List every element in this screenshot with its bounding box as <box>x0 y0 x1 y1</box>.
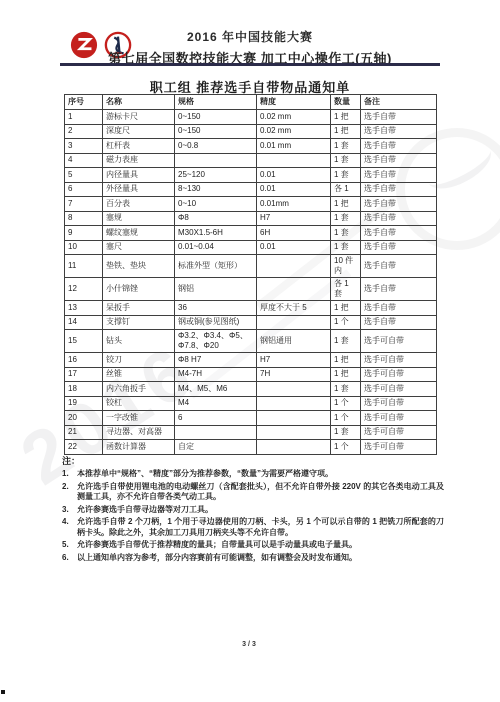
cell-qty: 1 套 <box>331 330 361 353</box>
cell-no: 13 <box>65 301 103 316</box>
cell-name: 函数计算器 <box>103 440 175 455</box>
cell-no: 4 <box>65 153 103 168</box>
cell-precision <box>257 425 331 440</box>
cell-no: 21 <box>65 425 103 440</box>
table-row: 22函数计算器自定1 个选手可自带 <box>65 440 437 455</box>
cell-qty: 1 个 <box>331 315 361 330</box>
table-row: 17丝锥M4-7H7H1 把选手可自带 <box>65 367 437 382</box>
note-text: 本推荐单中“规格”、“精度”部分为推荐参数，“数量”为需要严格遵守项。 <box>77 469 444 480</box>
cell-note: 选手可自带 <box>361 396 437 411</box>
cell-no: 8 <box>65 211 103 226</box>
cell-spec: M30X1.5-6H <box>175 226 257 241</box>
cell-precision <box>257 153 331 168</box>
cell-precision: 钢铝通用 <box>257 330 331 353</box>
table-row: 8塞规Φ8H71 套选手自带 <box>65 211 437 226</box>
note-item: 3.允许参赛选手自带寻边器等对刀工具。 <box>62 505 444 516</box>
notes-section: 注： 1.本推荐单中“规格”、“精度”部分为推荐参数，“数量”为需要严格遵守项。… <box>62 454 444 565</box>
note-item: 2.允许选手自带使用锂电池的电动螺丝刀（含配套批头），但不允许自带外接 220V… <box>62 482 444 503</box>
note-text: 以上通知单内容为参考，部分内容赛前有可能调整，如有调整会及时发布通知。 <box>77 553 444 564</box>
cell-no: 12 <box>65 278 103 301</box>
cell-name: 钻头 <box>103 330 175 353</box>
cell-spec: 0~0.8 <box>175 139 257 154</box>
cell-precision <box>257 255 331 278</box>
document-page: 2016 2016 年中国技能大赛 第七届全国数控技能大赛 加工中心操作工(五轴… <box>0 0 500 702</box>
note-item: 5.允许参赛选手自带优于推荐精度的量具；自带量具可以是手动量具或电子量具。 <box>62 540 444 551</box>
cell-note: 选手可自带 <box>361 382 437 397</box>
page-number: 3/3 <box>0 641 500 648</box>
table-row: 19铰杠M41 个选手可自带 <box>65 396 437 411</box>
cell-no: 15 <box>65 330 103 353</box>
cell-precision: 0.01 <box>257 168 331 183</box>
cell-spec: 8~130 <box>175 182 257 197</box>
table-row: 4磁力表座1 套选手自带 <box>65 153 437 168</box>
note-number: 6. <box>62 553 77 564</box>
table-row: 6外径量具8~1300.01各 1选手自带 <box>65 182 437 197</box>
cell-note: 选手可自带 <box>361 440 437 455</box>
cell-spec: 36 <box>175 301 257 316</box>
table-row: 12小什锦锉钢铝各 1 套选手自带 <box>65 278 437 301</box>
cell-note: 选手自带 <box>361 124 437 139</box>
cell-note: 选手自带 <box>361 110 437 125</box>
cell-note: 选手自带 <box>361 197 437 212</box>
cell-note: 选手自带 <box>361 315 437 330</box>
cell-no: 19 <box>65 396 103 411</box>
cell-name: 内径量具 <box>103 168 175 183</box>
cell-name: 寻边器、对高器 <box>103 425 175 440</box>
table-row: 16铰刀Φ8 H7H71 把选手可自带 <box>65 353 437 368</box>
cell-name: 呆扳手 <box>103 301 175 316</box>
cell-name: 丝锥 <box>103 367 175 382</box>
table-row: 18内六角扳手M4、M5、M61 套选手可自带 <box>65 382 437 397</box>
note-number: 1. <box>62 469 77 480</box>
cell-spec: 0.01~0.04 <box>175 240 257 255</box>
cell-no: 16 <box>65 353 103 368</box>
cell-name: 铰杠 <box>103 396 175 411</box>
cell-note: 选手自带 <box>361 226 437 241</box>
table-row: 9螺纹塞规M30X1.5-6H6H1 套选手自带 <box>65 226 437 241</box>
items-table: 序号名称规格精度数量备注 1游标卡尺0~1500.02 mm1 把选手自带2深度… <box>64 94 437 455</box>
cell-name: 螺纹塞规 <box>103 226 175 241</box>
notes-list: 1.本推荐单中“规格”、“精度”部分为推荐参数，“数量”为需要严格遵守项。2.允… <box>62 469 444 563</box>
cell-name: 内六角扳手 <box>103 382 175 397</box>
items-table-body: 1游标卡尺0~1500.02 mm1 把选手自带2深度尺0~1500.02 mm… <box>65 110 437 455</box>
cell-note: 选手自带 <box>361 139 437 154</box>
table-row: 11垫铁、垫块标准外型（矩形）10 件内选手自带 <box>65 255 437 278</box>
note-number: 5. <box>62 540 77 551</box>
cell-spec: Φ8 <box>175 211 257 226</box>
table-row: 5内径量具25~1200.011 套选手自带 <box>65 168 437 183</box>
cell-qty: 1 套 <box>331 211 361 226</box>
cell-spec: M4、M5、M6 <box>175 382 257 397</box>
cell-name: 百分表 <box>103 197 175 212</box>
cell-name: 一字改锥 <box>103 411 175 426</box>
note-number: 3. <box>62 505 77 516</box>
cell-note: 选手自带 <box>361 182 437 197</box>
cell-precision: 0.02 mm <box>257 110 331 125</box>
cell-note: 选手自带 <box>361 301 437 316</box>
cell-note: 选手可自带 <box>361 411 437 426</box>
cell-no: 17 <box>65 367 103 382</box>
cell-precision: 0.01 <box>257 182 331 197</box>
cell-precision <box>257 315 331 330</box>
cell-name: 磁力表座 <box>103 153 175 168</box>
column-header: 规格 <box>175 95 257 110</box>
cell-note: 选手可自带 <box>361 330 437 353</box>
table-row: 15钻头Φ3.2、Φ3.4、Φ5、Φ7.8、Φ20钢铝通用1 套选手可自带 <box>65 330 437 353</box>
cell-spec: Φ8 H7 <box>175 353 257 368</box>
column-header: 序号 <box>65 95 103 110</box>
cell-qty: 1 套 <box>331 425 361 440</box>
cell-no: 18 <box>65 382 103 397</box>
cell-name: 塞规 <box>103 211 175 226</box>
cell-no: 9 <box>65 226 103 241</box>
cell-qty: 1 套 <box>331 168 361 183</box>
cell-name: 外径量具 <box>103 182 175 197</box>
cell-precision: 0.02 mm <box>257 124 331 139</box>
cell-spec <box>175 425 257 440</box>
cell-no: 3 <box>65 139 103 154</box>
cell-precision <box>257 396 331 411</box>
note-text: 允许选手自带使用锂电池的电动螺丝刀（含配套批头），但不允许自带外接 220V 的… <box>77 482 444 503</box>
note-text: 允许参赛选手自带优于推荐精度的量具；自带量具可以是手动量具或电子量具。 <box>77 540 444 551</box>
column-header: 数量 <box>331 95 361 110</box>
cell-no: 6 <box>65 182 103 197</box>
note-number: 2. <box>62 482 77 503</box>
table-row: 10塞尺0.01~0.040.011 套选手自带 <box>65 240 437 255</box>
note-item: 6.以上通知单内容为参考，部分内容赛前有可能调整，如有调整会及时发布通知。 <box>62 553 444 564</box>
table-row: 2深度尺0~1500.02 mm1 把选手自带 <box>65 124 437 139</box>
cell-precision: H7 <box>257 353 331 368</box>
cell-spec: 0~150 <box>175 124 257 139</box>
cell-name: 游标卡尺 <box>103 110 175 125</box>
cell-qty: 1 把 <box>331 124 361 139</box>
notes-label: 注： <box>62 454 444 467</box>
cell-qty: 1 套 <box>331 153 361 168</box>
cell-spec: 钢或铜(参见图纸) <box>175 315 257 330</box>
cell-qty: 各 1 套 <box>331 278 361 301</box>
cell-name: 深度尺 <box>103 124 175 139</box>
event-title: 2016 年中国技能大赛 <box>60 28 440 45</box>
cell-precision: 7H <box>257 367 331 382</box>
table-row: 21寻边器、对高器1 套选手可自带 <box>65 425 437 440</box>
cell-spec: 钢铝 <box>175 278 257 301</box>
cell-precision <box>257 411 331 426</box>
cell-note: 选手自带 <box>361 168 437 183</box>
cell-precision: 0.01mm <box>257 197 331 212</box>
cell-note: 选手自带 <box>361 255 437 278</box>
note-item: 4.允许选手自带 2 个刀柄，1 个用于寻边器使用的刀柄、卡头，另 1 个可以示… <box>62 517 444 538</box>
cell-spec: M4 <box>175 396 257 411</box>
note-number: 4. <box>62 517 77 538</box>
cell-no: 1 <box>65 110 103 125</box>
table-row: 14支撑钉钢或铜(参见图纸)1 个选手自带 <box>65 315 437 330</box>
cell-precision: 0.01 mm <box>257 139 331 154</box>
cell-name: 塞尺 <box>103 240 175 255</box>
cell-qty: 1 把 <box>331 197 361 212</box>
cell-note: 选手自带 <box>361 278 437 301</box>
cell-qty: 1 个 <box>331 440 361 455</box>
cell-precision: 6H <box>257 226 331 241</box>
cell-qty: 1 把 <box>331 367 361 382</box>
cell-spec: 6 <box>175 411 257 426</box>
cell-note: 选手自带 <box>361 153 437 168</box>
cell-qty: 1 把 <box>331 353 361 368</box>
cell-no: 5 <box>65 168 103 183</box>
cell-no: 10 <box>65 240 103 255</box>
cell-qty: 1 把 <box>331 301 361 316</box>
cell-note: 选手自带 <box>361 211 437 226</box>
cell-no: 20 <box>65 411 103 426</box>
table-row: 7百分表0~100.01mm1 把选手自带 <box>65 197 437 212</box>
cell-precision: 0.01 <box>257 240 331 255</box>
cell-qty: 1 个 <box>331 396 361 411</box>
cell-precision <box>257 440 331 455</box>
cell-qty: 1 把 <box>331 110 361 125</box>
cell-no: 22 <box>65 440 103 455</box>
cell-precision: H7 <box>257 211 331 226</box>
cell-spec: 0~10 <box>175 197 257 212</box>
cell-note: 选手可自带 <box>361 425 437 440</box>
cell-spec: 标准外型（矩形） <box>175 255 257 278</box>
cell-note: 选手自带 <box>361 240 437 255</box>
note-text: 允许选手自带 2 个刀柄，1 个用于寻边器使用的刀柄、卡头，另 1 个可以示自带… <box>77 517 444 538</box>
column-header: 精度 <box>257 95 331 110</box>
note-text: 允许参赛选手自带寻边器等对刀工具。 <box>77 505 444 516</box>
cell-spec <box>175 153 257 168</box>
cell-name: 垫铁、垫块 <box>103 255 175 278</box>
cell-name: 杠杆表 <box>103 139 175 154</box>
cell-note: 选手可自带 <box>361 353 437 368</box>
table-row: 3杠杆表0~0.80.01 mm1 套选手自带 <box>65 139 437 154</box>
document-header: 2016 年中国技能大赛 第七届全国数控技能大赛 加工中心操作工(五轴) <box>60 28 440 67</box>
cell-spec: Φ3.2、Φ3.4、Φ5、Φ7.8、Φ20 <box>175 330 257 353</box>
cell-qty: 1 套 <box>331 226 361 241</box>
table-row: 1游标卡尺0~1500.02 mm1 把选手自带 <box>65 110 437 125</box>
cell-spec: 0~150 <box>175 110 257 125</box>
cell-no: 14 <box>65 315 103 330</box>
table-row: 13呆扳手36厚度不大于 51 把选手自带 <box>65 301 437 316</box>
column-header: 名称 <box>103 95 175 110</box>
cell-precision <box>257 382 331 397</box>
cell-spec: M4-7H <box>175 367 257 382</box>
cell-name: 小什锦锉 <box>103 278 175 301</box>
cell-qty: 1 套 <box>331 240 361 255</box>
cell-no: 2 <box>65 124 103 139</box>
cell-precision <box>257 278 331 301</box>
cell-name: 支撑钉 <box>103 315 175 330</box>
cell-qty: 10 件内 <box>331 255 361 278</box>
scan-artifact-dot <box>1 690 5 694</box>
column-header: 备注 <box>361 95 437 110</box>
cell-qty: 各 1 <box>331 182 361 197</box>
note-item: 1.本推荐单中“规格”、“精度”部分为推荐参数，“数量”为需要严格遵守项。 <box>62 469 444 480</box>
cell-spec: 自定 <box>175 440 257 455</box>
header-rule <box>60 63 440 66</box>
table-row: 20一字改锥61 个选手可自带 <box>65 411 437 426</box>
cell-spec: 25~120 <box>175 168 257 183</box>
cell-name: 铰刀 <box>103 353 175 368</box>
cell-no: 7 <box>65 197 103 212</box>
cell-note: 选手可自带 <box>361 367 437 382</box>
cell-precision: 厚度不大于 5 <box>257 301 331 316</box>
cell-qty: 1 套 <box>331 382 361 397</box>
cell-qty: 1 套 <box>331 139 361 154</box>
table-header-row: 序号名称规格精度数量备注 <box>65 95 437 110</box>
cell-no: 11 <box>65 255 103 278</box>
cell-qty: 1 个 <box>331 411 361 426</box>
